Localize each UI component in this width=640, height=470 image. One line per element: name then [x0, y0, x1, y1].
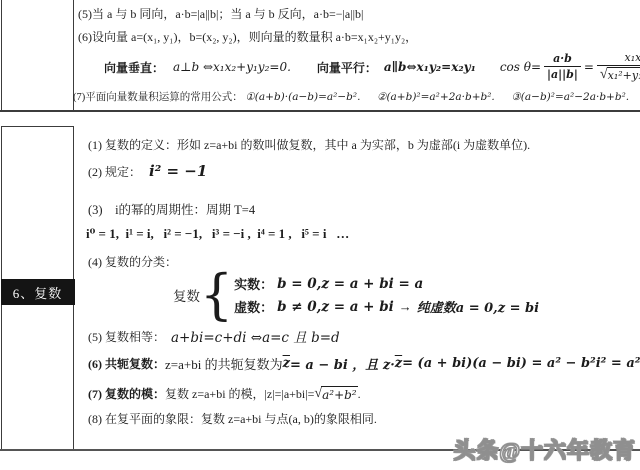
imaginary-condition: b ≠ 0,z = a + bi	[277, 299, 394, 315]
real-condition: b = 0,z = a + bi = a	[277, 276, 423, 292]
complex-numbers-section: (1) 复数的定义：形如 z=a+bi 的数叫做复数，其中 a 为实部，b 为虚…	[88, 126, 640, 450]
quadrant-line: (8) 在复平面的象限：复数 z=a+bi 与点(a, b)的象限相同.	[88, 410, 377, 427]
imaginary-label: 虚数：	[234, 297, 273, 316]
real-number-branch: 实数： b = 0,z = a + bi = a	[234, 274, 539, 293]
z-bar-1: z	[283, 356, 290, 371]
modulus-period: .	[358, 387, 361, 402]
complex-classification-diagram: 复数 { 实数： b = 0,z = a + bi = a 虚数： b ≠ 0,…	[173, 269, 539, 321]
z-bar-2: z	[395, 356, 402, 371]
conjugate-text: z=a+bi 的共轭复数为	[165, 354, 283, 373]
watermark-text: 头条@十六年教育	[454, 434, 636, 465]
parallel-formula: a∥b⇔x₁y₂=x₂y₁	[384, 60, 476, 74]
section-divider-line	[0, 110, 640, 112]
vector-product-common-formulas-line: (7)平面向量数量积运算的常用公式： ①(a+b)·(a−b)=a²−b². ②…	[73, 89, 629, 104]
vector-dot-coordinates-line: (6)设向量 a=(x₁, y₁)，b=(x₂, y₂)，则向量的数量积 a·b…	[78, 28, 417, 45]
parallel-label: 向量平行：	[317, 59, 377, 76]
vector-formulas-section: (5)当 a 与 b 同向，a·b=|a||b|；当 a 与 b 反向，a·b=…	[0, 0, 640, 110]
i-powers-list: i⁰ = 1, i¹ = i, i² = −1, i³ = −i , i⁴ = …	[86, 226, 349, 242]
modulus-radicand: a²+b²	[321, 386, 358, 402]
real-label: 实数：	[234, 274, 273, 293]
modulus-sqrt: √ a²+b²	[314, 386, 357, 402]
conjugate-label: (6) 共轭复数：	[88, 355, 165, 372]
section-title-badge: 6、复数	[1, 279, 75, 305]
equality-label: (5) 复数相等：	[88, 328, 165, 345]
conjugate-formula-1: = a − bi ，且 z·	[290, 354, 395, 373]
complex-rule-line: (2) 规定： i² = −1	[88, 162, 207, 180]
common-formulas-label: (7)平面向量数量积运算的常用公式：	[73, 92, 243, 103]
complex-equality-line: (5) 复数相等： a+bi=c+di ⇔a=c 且 b=d	[88, 326, 340, 346]
modulus-line: (7) 复数的模： 复数 z=a+bi 的模，|z|=|a+bi|= √ a²+…	[88, 385, 361, 402]
conjugate-line: (6) 共轭复数： z=a+bi 的共轭复数为 z = a − bi ，且 z·…	[88, 354, 640, 373]
i-power-period-line: (3) i的幂的周期性：周期 T=4	[88, 200, 255, 218]
rule-label: (2) 规定：	[88, 163, 141, 180]
common-formula-3: ③(a−b)²=a²−2a·b+b².	[511, 91, 629, 103]
sqrt-x1y1: √ x₁²+y₁²	[600, 67, 640, 83]
cosine-lhs: cos θ=	[500, 60, 541, 74]
conjugate-formula-2: = (a + bi)(a − bi) = a² − b²i² = a² + b²	[402, 356, 640, 371]
vector-perp-parallel-cos-line: 向量垂直： a⊥b ⇔x₁x₂+y₁y₂=0. 向量平行： a∥b⇔x₁y₂=x…	[104, 48, 640, 86]
common-formula-2: ②(a+b)²=a²+2a·b+b².	[377, 91, 495, 103]
cosine-fraction-2: x₁x₂+y₁y₂ √ x₁²+y₁² √ x₂²+y₂²	[597, 51, 640, 83]
complex-classification-label: (4) 复数的分类：	[88, 253, 177, 270]
perpendicular-label: 向量垂直：	[104, 59, 164, 76]
equality-formula: a+bi=c+di ⇔a=c 且 b=d	[171, 326, 340, 346]
equals-sign: =	[584, 60, 594, 74]
complex-definition-line: (1) 复数的定义：形如 z=a+bi 的数叫做复数，其中 a 为实部，b 为虚…	[88, 136, 530, 153]
modulus-label: (7) 复数的模：	[88, 385, 165, 402]
imaginary-number-branch: 虚数： b ≠ 0,z = a + bi → 纯虚数a = 0,z = bi	[234, 297, 539, 316]
perpendicular-formula: a⊥b ⇔x₁x₂+y₁y₂=0.	[173, 60, 291, 74]
vector-dot-same-opposite-line: (5)当 a 与 b 同向，a·b=|a||b|；当 a 与 b 反向，a·b=…	[78, 5, 363, 22]
classification-root: 复数	[173, 285, 200, 305]
common-formula-1: ①(a+b)·(a−b)=a²−b².	[245, 91, 360, 103]
cosine-fraction-1: a·b |a||b|	[544, 52, 581, 82]
complex-section-left-cell: 6、复数	[1, 126, 74, 451]
modulus-text: 复数 z=a+bi 的模，|z|=|a+bi|=	[165, 385, 314, 402]
pure-imaginary-condition: 纯虚数a = 0,z = bi	[417, 297, 539, 316]
classification-brace: {	[200, 268, 233, 323]
arrow-icon: →	[399, 299, 412, 315]
i-squared-formula: i² = −1	[149, 162, 207, 180]
